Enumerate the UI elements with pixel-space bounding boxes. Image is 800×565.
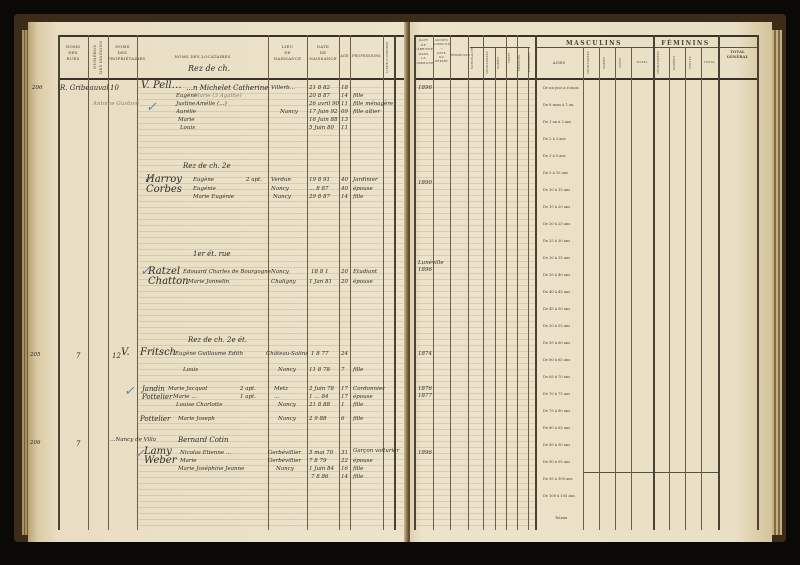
profession: épouse — [353, 186, 373, 192]
age: 40 — [341, 177, 348, 183]
apartment: 2 apt. — [246, 177, 262, 183]
arrival-date: 1876 — [418, 386, 432, 392]
header-birthdate: DATE de NAISSANCE — [307, 44, 339, 62]
tenant-given-names: Marie Eugénie — [193, 194, 234, 200]
col-border — [339, 35, 340, 530]
age-range: De 90 à 95 ans — [543, 460, 570, 464]
tenant-given-names: Marie … — [173, 394, 197, 400]
header-house-numbers: NUMÉROS DES MAISONS — [92, 40, 104, 74]
tenant-given-names: Eugénie — [193, 186, 216, 192]
tenant-given-names: Louise Charlotte — [176, 402, 223, 408]
tenant-detail: Amélie (…) — [196, 101, 227, 107]
tenant-given-names: Edouard Charles de Bourgogne — [183, 269, 271, 275]
profession: fille — [353, 466, 363, 472]
header-text: PROPRIÉTAIRES — [108, 56, 137, 62]
col-border — [468, 35, 469, 530]
col-border — [631, 47, 632, 530]
header-text: DU DÉPART — [433, 55, 450, 63]
street-name: R. Gribeauval — [60, 84, 109, 92]
col-border — [483, 35, 484, 530]
profession: fille — [353, 93, 363, 99]
profession: épouse — [353, 279, 373, 285]
header-masc-married: Mariés — [603, 50, 611, 75]
header-masc-widowed: Veufs — [619, 50, 627, 75]
age: 31 — [341, 450, 348, 456]
col-border — [653, 35, 655, 530]
col-border — [701, 47, 702, 530]
arrival-date: 1896 — [418, 450, 432, 456]
age: 40 — [341, 186, 348, 192]
age: 17 — [341, 394, 348, 400]
birthplace: Gerbévillier — [268, 450, 301, 456]
birthdate: 2 9 88 — [309, 416, 327, 422]
section-heading: Rez de ch. 2e ét. — [188, 336, 247, 344]
age-range: De 45 à 50 ans — [543, 307, 570, 311]
tenant-given-names: Eugène — [193, 177, 214, 183]
birthplace: Nancy — [278, 367, 296, 373]
arrival-date: 1890 — [418, 180, 432, 186]
line-number: 206 — [32, 85, 43, 91]
profession: Garçon voiturier — [353, 448, 399, 454]
header-text: L'ARRIVÉE — [414, 47, 433, 52]
tenant-given-names: Marie Jonnelin — [188, 279, 229, 285]
arrival-date: 1874 — [418, 351, 432, 357]
birthdate: 21 8 82 — [309, 85, 330, 91]
header-masc-single: Célibataires — [587, 50, 595, 75]
age: 11 — [341, 101, 348, 107]
age: 17 — [341, 386, 348, 392]
age-range: De 55 à 60 ans — [543, 341, 570, 345]
col-border — [495, 47, 496, 530]
house-number: 10 — [110, 84, 119, 92]
birthdate: 18 8 1 — [311, 269, 329, 275]
header-text: NAISSANCE — [307, 56, 339, 62]
birthplace: Nancy — [278, 402, 296, 408]
age: 18 — [341, 85, 348, 91]
age-range: De 70 à 75 ans — [543, 392, 570, 396]
tenant-surname: Pell… — [153, 80, 182, 91]
col-border — [58, 35, 60, 530]
birthdate: 5 Juin 80 — [309, 125, 334, 131]
col-border — [583, 47, 584, 530]
profession: fille — [353, 416, 363, 422]
profession: fille — [353, 194, 363, 200]
checkmark-icon: ✓ — [124, 384, 135, 399]
age: 11 — [341, 125, 348, 131]
birthdate: 19 8 91 — [309, 177, 330, 183]
apartment: 1 apt. — [240, 394, 256, 400]
age: 14 — [341, 474, 348, 480]
tenant-given-names: Nicolas Etienne … — [180, 450, 231, 456]
header-bottom-border — [414, 78, 758, 80]
margin-note: Antoine Gustave — [93, 101, 139, 107]
birthplace: Nancy — [271, 186, 289, 192]
header-arrival-date: DATE de L'ARRIVÉE dans LA COMMUNE — [414, 38, 433, 65]
header-fem-total: TOTAL — [701, 60, 718, 65]
birthplace: … — [274, 394, 280, 400]
header-french: Français — [518, 50, 527, 75]
tenant-surname: Pottelier — [140, 415, 170, 423]
col-border — [685, 47, 686, 530]
age-range: De 75 à 80 ans — [543, 409, 570, 413]
header-nationality: Nationalité — [471, 42, 481, 74]
age-range: De 10 à 15 ans — [543, 188, 570, 192]
tenant-given-names: Marie Jacquot — [168, 386, 207, 392]
age: 13 — [341, 117, 348, 123]
age: 1 — [341, 402, 345, 408]
col-border — [669, 47, 670, 530]
birthplace: Château-Salins — [266, 351, 308, 357]
birthplace: Chaligny — [271, 279, 296, 285]
header-previous-residence: ANCIEN DOMICILE — DATE DU DÉPART — [433, 38, 450, 63]
tenant-surname: Weber — [144, 455, 176, 466]
tenant-given-names: Eugène Guillaume Edith — [175, 351, 243, 357]
header-widowed: Veufs — [508, 42, 516, 74]
header-single: Célibataires — [486, 50, 494, 75]
col-border — [350, 35, 351, 530]
col-border — [450, 35, 451, 530]
col-border — [433, 35, 434, 530]
marker: V. — [121, 347, 130, 358]
header-age: AGE — [339, 54, 350, 59]
section-heading: Rez de ch. 2e — [183, 162, 231, 170]
header-text: LA COMMUNE — [414, 56, 433, 65]
age-range: De 35 à 40 ans — [543, 273, 570, 277]
col-border — [718, 35, 720, 530]
profession: fille — [353, 402, 363, 408]
age: 6 — [341, 416, 345, 422]
birthplace: Gerbévillier — [268, 458, 301, 464]
age-range: De 25 à 30 ans — [543, 239, 570, 243]
age-range: De un jour à 6 mois — [543, 86, 579, 90]
header-fem-single: Célibataires — [657, 50, 665, 75]
age-range: De 2 à 3 ans — [543, 137, 566, 141]
age-range: De 1 an à 2 ans — [543, 120, 571, 124]
birthdate: 1 Jan 81 — [309, 279, 332, 285]
birthdate: 1 … 84 — [309, 394, 329, 400]
birthdate: 11 8 78 — [309, 367, 330, 373]
left-page: NOMS des RUES NUMÉROS DES MAISONS NOMS d… — [28, 22, 408, 542]
header-masculins: MASCULINS — [535, 39, 653, 48]
birthplace: Nancy — [278, 416, 296, 422]
col-border — [599, 47, 600, 530]
age: 09 — [341, 109, 348, 115]
age-range: De 6 mois à 1 an — [543, 103, 573, 107]
profession: épouse — [353, 458, 373, 464]
totals-border — [583, 472, 718, 473]
col-border — [394, 35, 396, 530]
header-fem-married: Mariées — [673, 50, 681, 75]
age-range: De 65 à 70 ans — [543, 375, 570, 379]
apartment: 2 apt. — [240, 386, 256, 392]
tenant-surname: Jandin — [142, 385, 165, 393]
header-remarks: REMARQUES — [450, 54, 468, 58]
col-border — [528, 47, 529, 530]
header-ages: AGES — [535, 60, 583, 66]
age: 7 — [341, 367, 345, 373]
owner-name: …Nancy de Villa — [110, 437, 156, 443]
tenant-given-names: Louis — [180, 125, 195, 131]
header-feminins: FÉMININS — [653, 39, 718, 48]
section-heading: 1er ét. rue — [193, 250, 231, 258]
header-married: Mariés — [497, 50, 505, 75]
profession: fille — [353, 367, 363, 373]
header-masc-total: TOTAL — [631, 60, 653, 65]
age-range: De 100 à 105 ans — [543, 494, 575, 498]
header-total-general: TOTAL GÉNÉRAL — [718, 50, 757, 61]
age-range: De 60 à 65 ans — [543, 358, 570, 362]
profession: fille — [353, 474, 363, 480]
tenant-given-names: Marie — [180, 458, 197, 464]
line-number: 205 — [30, 352, 41, 358]
line-number: 206 — [30, 440, 41, 446]
birthplace: Villerb… — [271, 85, 295, 91]
tenant-given-names: Marie Joseph — [178, 416, 215, 422]
street-name: 7 — [76, 352, 80, 360]
age: 16 — [341, 466, 348, 472]
header-birthplace: LIEU de NAISSANCE — [268, 44, 307, 62]
birthdate: 26 avril 90 — [309, 101, 339, 107]
birthdate: 7 8 86 — [311, 474, 329, 480]
tenant-surname: Corbes — [146, 184, 182, 195]
birthdate: 16 Juin 88 — [309, 117, 338, 123]
birthdate: 29 8 87 — [309, 194, 330, 200]
tenant-given-names: Marie Joséphine Jeanne — [178, 466, 244, 472]
profession: Jardinier — [353, 177, 378, 183]
tenant-given-names: …n Michelet Catherine — [186, 84, 268, 92]
arrival-date: Lunéville 1896 — [418, 260, 438, 273]
right-page: DATE de L'ARRIVÉE dans LA COMMUNE ANCIEN… — [410, 22, 772, 542]
profession: fille ménagère — [353, 101, 393, 107]
tenant-given-names: Louis — [183, 367, 198, 373]
header-text: NAISSANCE — [268, 56, 307, 62]
age-range: De 85 à 90 ans — [543, 443, 570, 447]
birthdate: 21 8 88 — [309, 402, 330, 408]
header-note: Rez de ch. — [188, 64, 230, 73]
age: 24 — [341, 351, 348, 357]
age: 22 — [341, 458, 348, 464]
col-border — [383, 35, 384, 530]
tenant-given-names: Justine — [176, 101, 195, 107]
col-border — [307, 35, 308, 530]
header-street: NOMS des RUES — [58, 44, 88, 62]
marker: V. — [141, 80, 150, 91]
age-range: De 15 à 20 ans — [543, 205, 570, 209]
age-range: De 5 à 10 ans — [543, 171, 568, 175]
header-owners: NOMS des PROPRIÉTAIRES — [108, 44, 137, 62]
tenant-surname: Pottelier — [142, 393, 172, 401]
profession: Etudiant — [353, 269, 377, 275]
tenant-surname: Chatton — [148, 276, 189, 287]
table-top-border — [414, 35, 758, 37]
col-border — [506, 35, 507, 530]
birthdate: … 8 87 — [309, 186, 329, 192]
birthdate: 20 8 87 — [309, 93, 330, 99]
tenant-given-names: Marie — [178, 117, 195, 123]
age-range: De 20 à 25 ans — [543, 222, 570, 226]
house-number: 12 — [112, 352, 121, 360]
age-range: De 40 à 45 ans — [543, 290, 570, 294]
col-border — [615, 47, 616, 530]
header-bottom-border — [58, 78, 406, 80]
age-range: De 3 à 5 ans — [543, 154, 566, 158]
table-top-border — [58, 35, 406, 37]
col-border — [517, 35, 518, 530]
birthdate: 5 mai 70 — [309, 450, 333, 456]
header-tenants: NOMS DES LOCATAIRES — [137, 54, 268, 60]
age: 20 — [341, 269, 348, 275]
birthdate: 1 Juin 84 — [309, 466, 334, 472]
tenant-given-names: Aurélie — [176, 109, 196, 115]
age: 14 — [341, 194, 348, 200]
section-heading: Bernard Cotin — [178, 436, 229, 444]
profession: épouse — [353, 394, 373, 400]
header-text: GÉNÉRAL — [718, 55, 757, 60]
col-border — [414, 35, 416, 530]
age-range: De 80 à 85 ans — [543, 426, 570, 430]
birthdate: 17 Juin 92 — [309, 109, 338, 115]
header-text: RUES — [58, 56, 88, 62]
header-origin: LIEUX D'ORIGINE — [385, 40, 393, 74]
birthdate: 2 Juin 78 — [309, 386, 334, 392]
birthplace: Metz — [274, 386, 288, 392]
birthdate: 7 8 79 — [309, 458, 327, 464]
age-range: De 30 à 35 ans — [543, 256, 570, 260]
col-border — [88, 35, 89, 530]
header-foreign: Étrangers — [528, 50, 535, 75]
birthplace: Nancy — [276, 466, 294, 472]
tenant-detail: Marie (3 Agathe) — [194, 93, 242, 99]
age-range: De 50 à 55 ans — [543, 324, 570, 328]
tenant-surname: Fritsch — [140, 347, 176, 358]
age-range: De 95 à 100 ans — [543, 477, 572, 481]
checkmark-icon: ✓ — [146, 100, 157, 115]
birthplace: Nancy — [271, 269, 289, 275]
age: 14 — [341, 93, 348, 99]
birthplace: Nancy — [273, 194, 291, 200]
header-fem-widowed: Veuves — [689, 50, 697, 75]
arrival-date: 1877 — [418, 393, 432, 399]
header-professions: PROFESSIONS — [350, 54, 383, 59]
col-border — [757, 35, 759, 530]
birthplace: Nancy — [280, 109, 298, 115]
arrival-date: 1896 — [418, 85, 432, 91]
age-range-list: De un jour à 6 mois De 6 mois à 1 an De … — [535, 82, 583, 522]
col-border — [108, 35, 109, 530]
age: 20 — [341, 279, 348, 285]
profession: Cordonnier — [353, 386, 385, 392]
birthplace: Verdun — [271, 177, 291, 183]
profession: fille aîtier — [353, 109, 380, 115]
birthdate: 1 8 77 — [311, 351, 329, 357]
street-name: 7 — [76, 440, 80, 448]
totals-label: Totaux — [555, 516, 567, 520]
